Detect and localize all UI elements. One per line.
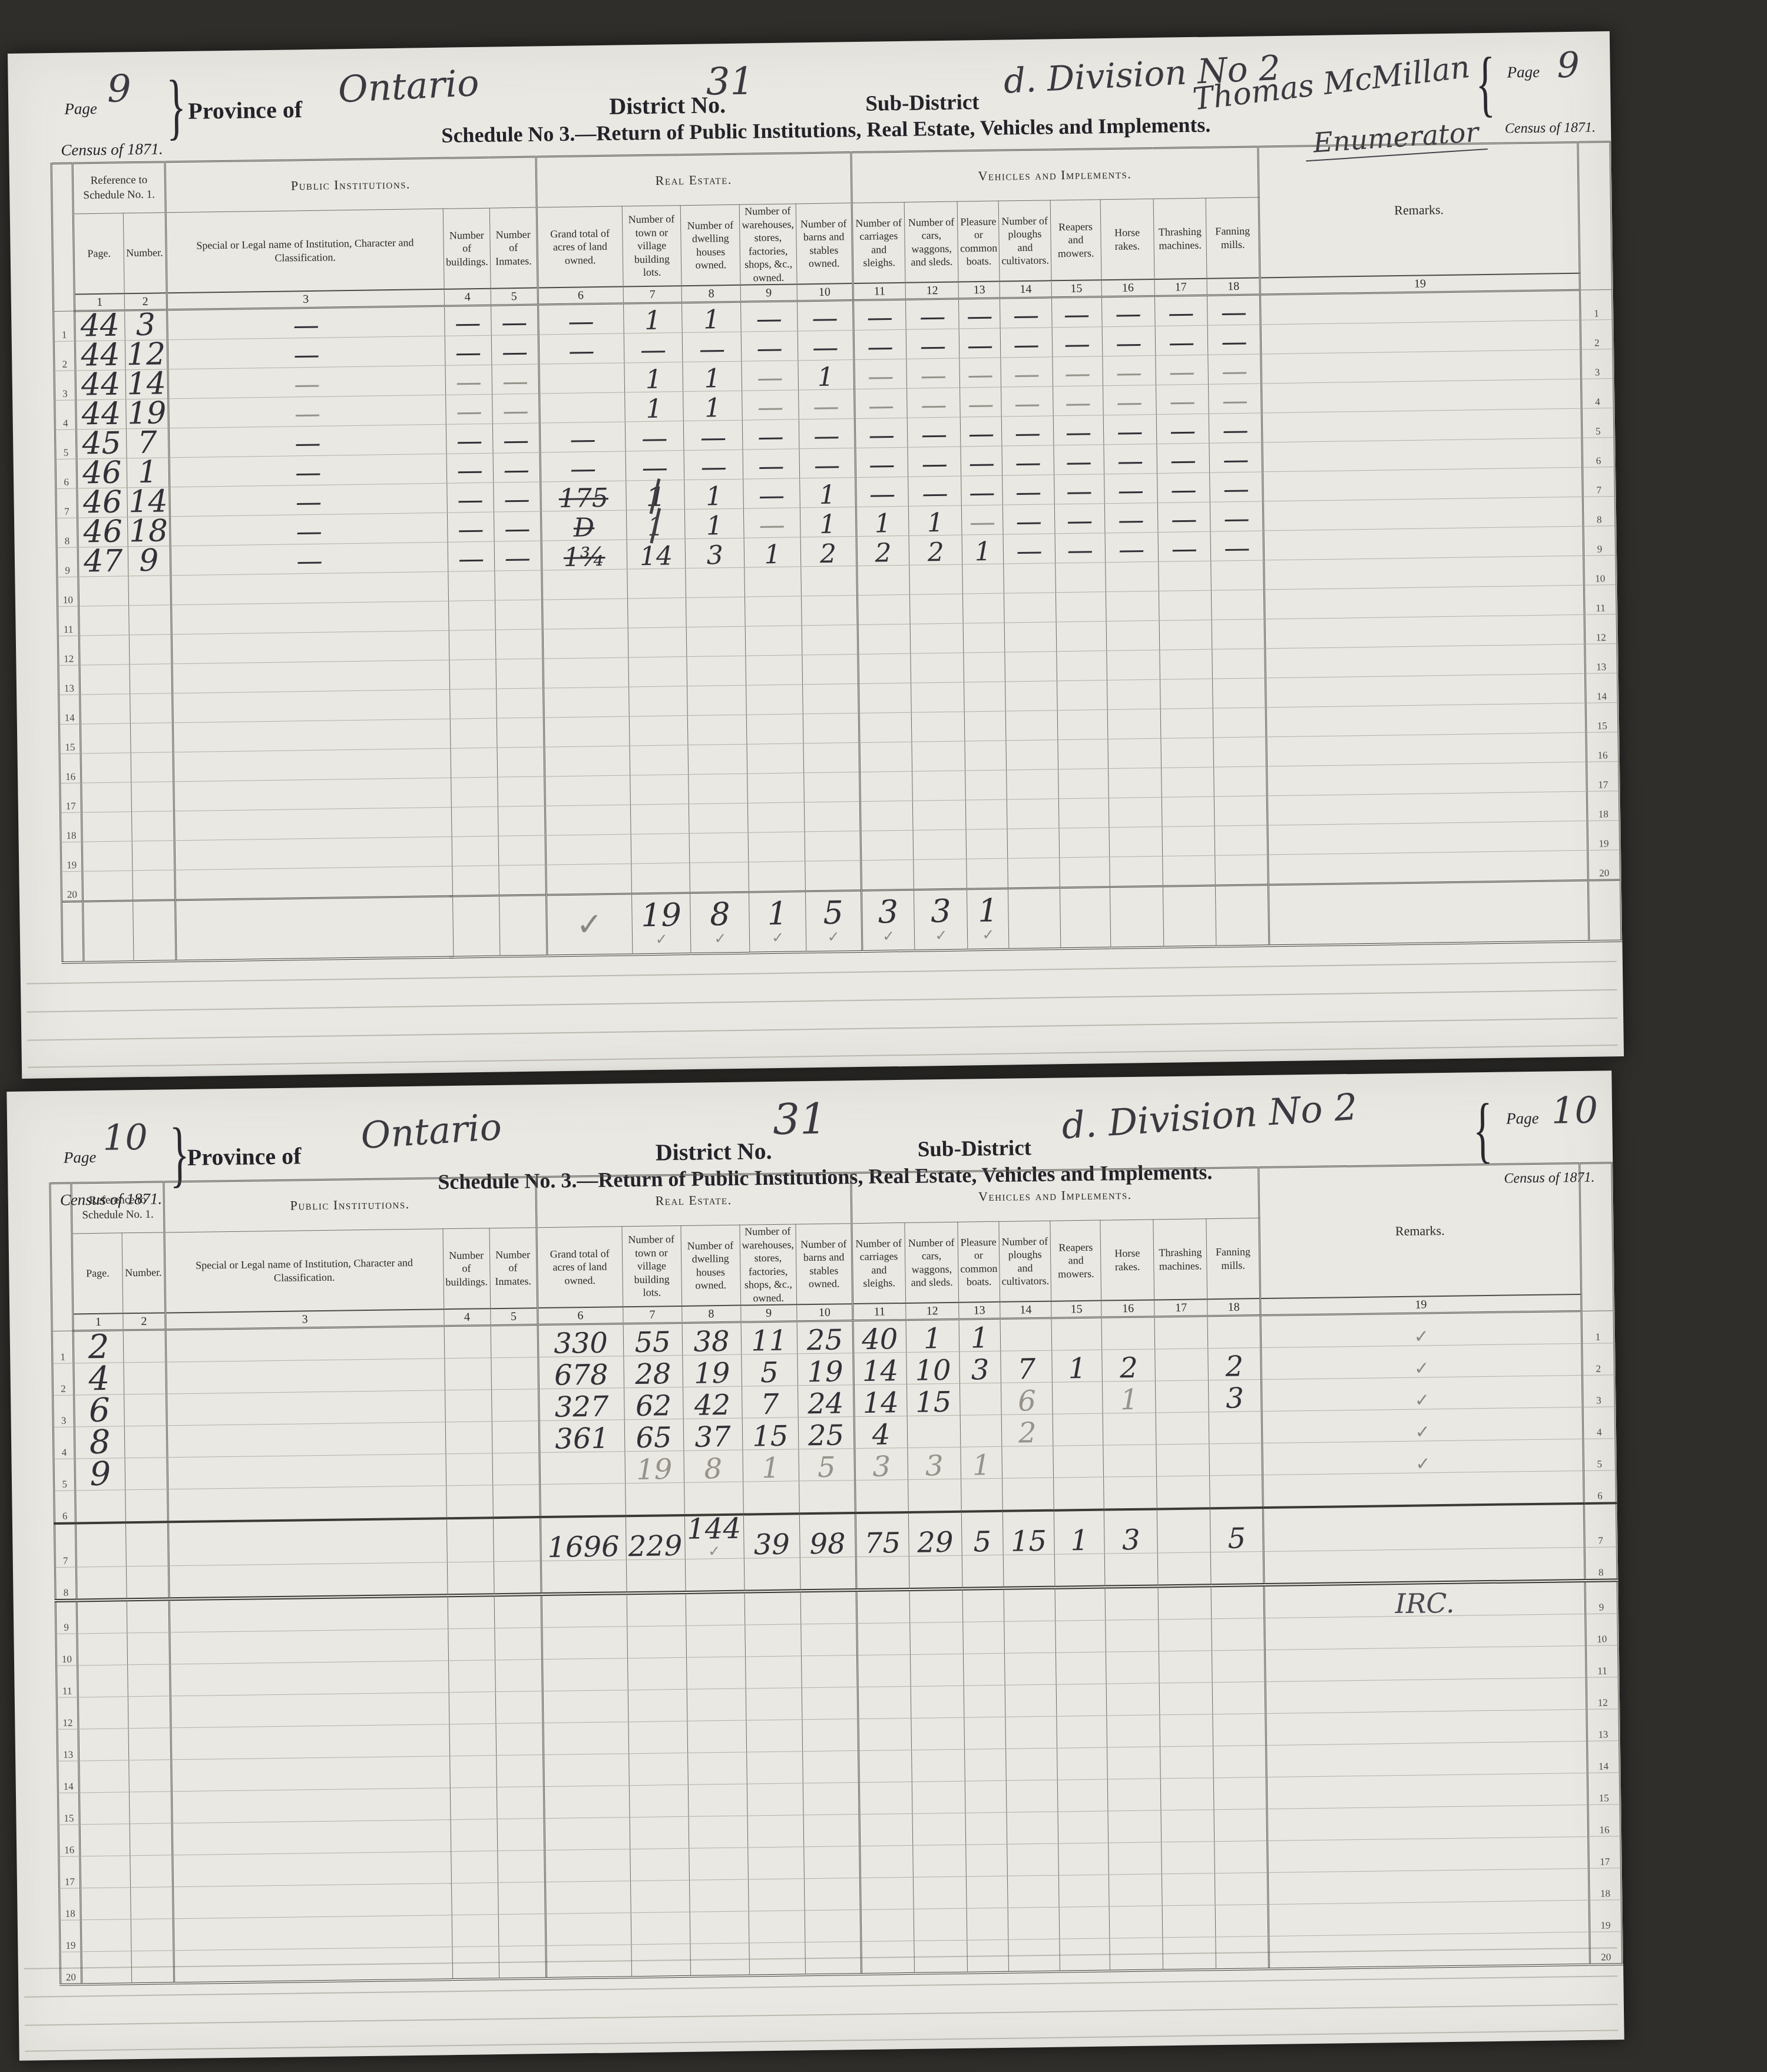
cell-r20-c16 bbox=[1109, 856, 1162, 887]
totals-cell-c13: 1✓ bbox=[967, 888, 1009, 950]
cell-r16-c9 bbox=[747, 743, 803, 774]
cell-r11-c19 bbox=[1265, 585, 1584, 619]
cell-r2-c19: ✓ bbox=[1261, 1343, 1582, 1379]
cell-r8-c11 bbox=[856, 1557, 909, 1591]
cell-r15-c11 bbox=[859, 1782, 912, 1815]
cell-r9-c17 bbox=[1158, 1585, 1212, 1620]
cell-r17-c6 bbox=[545, 775, 630, 806]
row-number-right: 7 bbox=[1583, 467, 1616, 497]
row-number-left: 8 bbox=[57, 518, 78, 547]
cell-r8-c8: 1 bbox=[685, 508, 744, 538]
cell-r14-c18 bbox=[1213, 678, 1266, 708]
cell-r9-c5: — bbox=[494, 541, 542, 571]
row-number-left: 14 bbox=[58, 1761, 80, 1793]
cell-r4-c14: — bbox=[1001, 386, 1053, 417]
cell-r12-c12 bbox=[911, 1686, 964, 1718]
cell-r8-c7: 1 bbox=[626, 510, 686, 540]
cell-r5-c15: — bbox=[1053, 415, 1104, 445]
cell-r6-c18: — bbox=[1209, 442, 1263, 472]
cell-r7-c13: — bbox=[961, 475, 1003, 505]
row-number-left: 12 bbox=[58, 636, 80, 665]
cell-r5-c7: — bbox=[625, 421, 684, 451]
cell-r18-c7 bbox=[630, 1881, 690, 1913]
column-header-10: Number of barns and stables owned. bbox=[796, 1224, 853, 1305]
column-header-16: Horse rakes. bbox=[1100, 199, 1154, 280]
cell-r9-c11: 2 bbox=[856, 536, 910, 566]
cell-r16-c6 bbox=[544, 1817, 630, 1850]
cell-r10-c17 bbox=[1158, 561, 1212, 591]
cell-r17-c8 bbox=[689, 774, 748, 804]
cell-r2-c18: — bbox=[1208, 325, 1262, 355]
cell-r4-c6 bbox=[539, 392, 624, 423]
cell-r11-c2 bbox=[128, 1664, 171, 1697]
cell-r12-c11 bbox=[858, 624, 911, 654]
cell-r16-c2 bbox=[130, 1823, 173, 1856]
cell-r18-c12 bbox=[913, 800, 967, 830]
cell-r9-c3 bbox=[169, 1595, 448, 1633]
cell-r6-c13: — bbox=[961, 446, 1002, 476]
cell-r15-c1 bbox=[80, 723, 131, 754]
cell-r13-c17 bbox=[1159, 649, 1213, 679]
cell-r18-c19 bbox=[1268, 791, 1587, 825]
cell-r3-c7: 1 bbox=[624, 362, 683, 392]
cell-r10-c15 bbox=[1055, 1620, 1106, 1653]
row-number-left: 20 bbox=[61, 871, 83, 901]
cell-r19-c15 bbox=[1059, 828, 1110, 858]
cell-r16-c5 bbox=[497, 1819, 545, 1851]
cell-r8-c18: — bbox=[1210, 501, 1264, 531]
cell-r2-c15: 1 bbox=[1052, 1350, 1103, 1382]
group-header-remarks: Remarks. bbox=[1258, 142, 1580, 277]
cell-r13-c1 bbox=[80, 665, 130, 695]
cell-r16-c8 bbox=[689, 1816, 748, 1848]
cell-r14-c16 bbox=[1107, 1747, 1161, 1779]
cell-r13-c19 bbox=[1265, 644, 1585, 678]
cell-r1-c14 bbox=[1000, 1318, 1052, 1351]
cell-r19-c14 bbox=[1008, 1907, 1060, 1939]
cell-r13-c15 bbox=[1057, 1716, 1107, 1748]
cell-r14-c13 bbox=[965, 1749, 1007, 1781]
cell-r4-c16 bbox=[1103, 1413, 1157, 1445]
cell-r5-c3: — bbox=[168, 424, 446, 458]
row-number-left: 19 bbox=[59, 1920, 81, 1952]
cell-r19-c1 bbox=[82, 841, 133, 871]
totals-cell-c1 bbox=[82, 901, 133, 963]
column-header-14: Number of ploughs and cultivators. bbox=[999, 1221, 1051, 1302]
column-number-10: 10 bbox=[797, 283, 853, 301]
column-header-1: Page. bbox=[72, 1233, 123, 1314]
cell-r2-c13: — bbox=[959, 328, 1001, 358]
group-header-vehicles-implements: Vehicles and Implements. bbox=[851, 147, 1259, 203]
cell-r16-c12 bbox=[912, 1813, 966, 1845]
cell-r8-c16 bbox=[1105, 1553, 1159, 1587]
cell-r5-c16 bbox=[1103, 1445, 1157, 1477]
cell-r6-c4 bbox=[446, 1485, 493, 1519]
brace-glyph: { bbox=[1475, 47, 1496, 121]
cell-r16-c4 bbox=[451, 1819, 498, 1852]
cell-r16-c13 bbox=[965, 1812, 1007, 1845]
cell-r15-c7 bbox=[629, 1785, 689, 1817]
cell-r5-c8: 8 bbox=[683, 1450, 743, 1482]
cell-r12-c13 bbox=[964, 1685, 1005, 1717]
cell-r4-c12 bbox=[907, 1415, 961, 1448]
cell-r19-c4 bbox=[452, 1915, 499, 1947]
cell-r9-c2: 9 bbox=[128, 546, 171, 576]
cell-r7-c14: 15 bbox=[1002, 1511, 1054, 1555]
district-no-label: District No. bbox=[655, 1137, 772, 1166]
cell-r19-c16 bbox=[1109, 827, 1162, 857]
cell-r15-c14 bbox=[1006, 711, 1058, 741]
cell-r1-c18: — bbox=[1207, 295, 1261, 325]
cell-r1-c19 bbox=[1260, 290, 1580, 325]
cell-r1-c12: — bbox=[906, 299, 959, 329]
cell-r6-c10: — bbox=[799, 448, 856, 478]
cell-r13-c19 bbox=[1266, 1710, 1587, 1746]
cell-r9-c13 bbox=[962, 1588, 1004, 1622]
cell-r3-c5: — bbox=[492, 364, 540, 394]
cell-r3-c15: — bbox=[1053, 356, 1103, 386]
cell-r15-c2 bbox=[129, 1792, 172, 1824]
cell-r6-c2 bbox=[125, 1489, 168, 1522]
cell-r15-c13 bbox=[965, 711, 1007, 741]
cell-r20-c8 bbox=[690, 1943, 749, 1977]
cell-r4-c1: 8 bbox=[74, 1426, 125, 1459]
row-number-right: 15 bbox=[1586, 703, 1619, 733]
cell-r15-c15 bbox=[1058, 1779, 1108, 1812]
cell-r10-c13 bbox=[963, 1621, 1005, 1654]
cell-r2-c5: — bbox=[491, 335, 539, 365]
cell-r13-c3 bbox=[172, 660, 450, 693]
row-number-left: 15 bbox=[58, 1793, 80, 1825]
cell-r12-c3 bbox=[170, 1693, 449, 1728]
cell-r6-c7: — bbox=[626, 451, 685, 481]
cell-r1-c7: 55 bbox=[623, 1323, 683, 1356]
cell-r3-c4: — bbox=[445, 365, 492, 395]
cell-r17-c2 bbox=[131, 782, 174, 812]
cell-r9-c12 bbox=[909, 1589, 963, 1623]
cell-r6-c13 bbox=[961, 1478, 1003, 1511]
cell-r19-c6 bbox=[545, 834, 631, 865]
cell-r13-c18 bbox=[1212, 649, 1266, 679]
column-number-4: 4 bbox=[444, 1308, 490, 1326]
cell-r13-c9 bbox=[746, 655, 802, 685]
cell-r18-c6 bbox=[545, 805, 630, 835]
cell-r14-c7 bbox=[628, 686, 688, 716]
row-number-right: 19 bbox=[1587, 820, 1620, 850]
cell-r2-c17: — bbox=[1155, 325, 1209, 355]
cell-r14-c17 bbox=[1160, 679, 1213, 709]
cell-r20-c17 bbox=[1163, 1937, 1216, 1971]
cell-r5-c3 bbox=[167, 1454, 446, 1489]
cell-r12-c2 bbox=[129, 635, 172, 665]
cell-r9-c8: 3 bbox=[685, 538, 744, 568]
cell-r9-c18: — bbox=[1210, 531, 1264, 561]
row-number-right: 1 bbox=[1581, 1311, 1614, 1344]
row-number-right: 19 bbox=[1589, 1900, 1622, 1932]
cell-r15-c19 bbox=[1267, 1773, 1588, 1809]
cell-r1-c17 bbox=[1154, 1316, 1208, 1349]
cell-r5-c18: — bbox=[1209, 413, 1263, 443]
cell-r3-c4 bbox=[445, 1390, 492, 1422]
cell-r12-c7 bbox=[628, 1690, 687, 1722]
cell-r8-c13 bbox=[962, 1555, 1004, 1588]
cell-r9-c14: — bbox=[1003, 534, 1055, 564]
cell-r5-c8: — bbox=[684, 420, 743, 450]
totals-cell-c4 bbox=[452, 895, 499, 957]
cell-r4-c18: — bbox=[1209, 384, 1262, 414]
cell-r8-c14: — bbox=[1003, 504, 1055, 534]
cell-r2-c8: 19 bbox=[682, 1354, 742, 1387]
cell-r14-c9 bbox=[746, 1752, 803, 1784]
cell-r7-c5 bbox=[493, 1517, 541, 1562]
cell-r18-c15 bbox=[1059, 1875, 1110, 1907]
cell-r19-c14 bbox=[1007, 828, 1059, 858]
cell-r2-c4 bbox=[444, 1358, 491, 1390]
cell-r13-c16 bbox=[1107, 650, 1160, 680]
cell-r5-c12: — bbox=[908, 417, 961, 447]
cell-r9-c8 bbox=[686, 1592, 745, 1626]
cell-r4-c13: — bbox=[960, 387, 1002, 417]
cell-r3-c14: — bbox=[1001, 357, 1053, 387]
cell-r5-c17 bbox=[1156, 1444, 1210, 1476]
cell-r3-c2 bbox=[124, 1394, 167, 1426]
cell-r10-c12 bbox=[910, 1622, 964, 1654]
cell-r8-c17 bbox=[1158, 1552, 1212, 1587]
cell-r17-c11 bbox=[859, 771, 913, 801]
cell-r11-c10 bbox=[801, 1655, 858, 1688]
row-number-left: 16 bbox=[58, 1825, 80, 1856]
cell-r19-c8 bbox=[689, 832, 749, 862]
cell-r20-c12 bbox=[914, 859, 967, 890]
cell-r8-c4: — bbox=[447, 512, 494, 542]
cell-r17-c10 bbox=[804, 1846, 861, 1879]
column-header-3: Special or Legal name of Institution, Ch… bbox=[166, 209, 444, 293]
cell-r9-c5 bbox=[494, 1594, 542, 1628]
cell-r1-c4: — bbox=[444, 305, 491, 336]
cell-r3-c12: — bbox=[906, 358, 960, 388]
cell-r11-c1 bbox=[78, 606, 129, 636]
cell-r17-c8 bbox=[689, 1848, 748, 1880]
cell-r16-c7 bbox=[630, 745, 689, 775]
cell-r1-c11: — bbox=[853, 299, 906, 330]
cell-r2-c9: 5 bbox=[741, 1354, 798, 1386]
cell-r1-c3 bbox=[166, 1326, 444, 1362]
cell-r3-c16: 1 bbox=[1103, 1381, 1156, 1413]
cell-r19-c5 bbox=[498, 1914, 546, 1947]
cell-r6-c19 bbox=[1262, 438, 1582, 472]
cell-r20-c18 bbox=[1215, 855, 1269, 885]
cell-r18-c8 bbox=[689, 1879, 749, 1912]
cell-r9-c10: 2 bbox=[800, 537, 857, 567]
cell-r14-c11 bbox=[859, 1750, 912, 1783]
cell-r2-c9: — bbox=[741, 331, 798, 361]
row-number-left: 10 bbox=[56, 1634, 78, 1665]
cell-r5-c2 bbox=[125, 1458, 168, 1490]
cell-r9-c6: 1¾ bbox=[541, 540, 627, 570]
cell-r10-c7 bbox=[627, 1626, 686, 1658]
cell-r20-c17 bbox=[1162, 855, 1216, 886]
cell-r12-c9 bbox=[746, 1688, 802, 1720]
row-number-gutter-header bbox=[50, 1183, 73, 1331]
cell-r20-c7 bbox=[631, 1944, 690, 1978]
cell-r18-c18 bbox=[1215, 796, 1268, 826]
cell-r5-c7: 19 bbox=[624, 1450, 684, 1483]
cell-r10-c19 bbox=[1264, 556, 1584, 590]
page-label: Page bbox=[64, 1148, 97, 1167]
cell-r15-c6 bbox=[544, 716, 629, 747]
column-header-11: Number of carriages and sleighs. bbox=[852, 1222, 906, 1304]
cell-r2-c16: — bbox=[1102, 326, 1155, 356]
cell-r12-c2 bbox=[128, 1696, 171, 1729]
cell-r11-c5 bbox=[495, 600, 542, 630]
cell-r18-c10 bbox=[804, 801, 861, 831]
row-number-right: 2 bbox=[1580, 320, 1613, 350]
cell-r1-c16 bbox=[1101, 1317, 1155, 1350]
cell-r13-c6 bbox=[543, 657, 628, 688]
row-number-right: 6 bbox=[1582, 438, 1615, 468]
cell-r20-c3 bbox=[174, 1947, 452, 1984]
cell-r8-c17: — bbox=[1157, 502, 1211, 532]
cell-r5-c1: 45 bbox=[76, 429, 127, 459]
cell-r10-c16 bbox=[1106, 1620, 1159, 1652]
cell-r11-c9 bbox=[745, 1656, 802, 1688]
cell-r9-c9 bbox=[744, 1591, 801, 1625]
cell-r11-c7 bbox=[627, 1658, 687, 1690]
cell-r8-c2 bbox=[126, 1566, 169, 1600]
row-number-left: 18 bbox=[60, 812, 82, 842]
cell-r20-c15 bbox=[1060, 857, 1110, 888]
cell-r14-c11 bbox=[858, 683, 912, 713]
cell-r3-c9: 7 bbox=[742, 1386, 798, 1418]
row-number-right: 10 bbox=[1584, 556, 1617, 586]
cell-r15-c10 bbox=[803, 713, 859, 743]
cell-r3-c15 bbox=[1053, 1382, 1103, 1414]
cell-r16-c11 bbox=[859, 1814, 913, 1846]
cell-r16-c18 bbox=[1213, 737, 1267, 767]
cell-r7-c13: 5 bbox=[961, 1511, 1003, 1556]
row-number-right: 4 bbox=[1581, 379, 1614, 409]
cell-r8-c7 bbox=[626, 1559, 686, 1594]
cell-r3-c12: 15 bbox=[906, 1383, 960, 1416]
cell-r14-c15 bbox=[1057, 680, 1107, 711]
page-number-value: 10 bbox=[102, 1117, 148, 1159]
cell-r4-c9: 15 bbox=[742, 1417, 799, 1450]
row-number-left: 13 bbox=[58, 665, 80, 695]
cell-r10-c6 bbox=[542, 569, 627, 600]
cell-r3-c13 bbox=[959, 1383, 1001, 1415]
row-number-right: 17 bbox=[1587, 761, 1620, 791]
row-number-left: 12 bbox=[57, 1697, 78, 1729]
cell-r11-c1 bbox=[78, 1665, 128, 1697]
cell-r3-c6 bbox=[539, 363, 624, 394]
cell-r13-c4 bbox=[449, 1724, 497, 1756]
cell-r5-c6 bbox=[540, 1452, 626, 1485]
cell-r19-c7 bbox=[631, 834, 690, 864]
cell-r13-c13 bbox=[964, 1717, 1006, 1749]
cell-r14-c6 bbox=[543, 1754, 629, 1787]
cell-r2-c7: — bbox=[624, 333, 683, 363]
cell-r18-c13 bbox=[966, 1876, 1008, 1908]
row-number-right: 12 bbox=[1584, 614, 1617, 645]
cell-r4-c3: — bbox=[168, 395, 446, 428]
cell-r13-c4 bbox=[449, 659, 497, 689]
cell-r3-c1: 44 bbox=[75, 370, 126, 400]
cell-r19-c7 bbox=[631, 1912, 690, 1945]
column-header-2: Number. bbox=[122, 1232, 166, 1313]
cell-r2-c16: 2 bbox=[1102, 1349, 1156, 1382]
cell-r12-c17 bbox=[1159, 620, 1213, 650]
cell-r17-c1 bbox=[81, 782, 132, 812]
cell-r5-c10: 5 bbox=[799, 1449, 855, 1481]
cell-r16-c1 bbox=[80, 1824, 130, 1856]
cell-r18-c8 bbox=[689, 803, 749, 833]
cell-r13-c9 bbox=[746, 1720, 802, 1752]
cell-r4-c10: — bbox=[798, 389, 855, 419]
column-header-12: Number of cars, waggons, and sleds. bbox=[905, 201, 959, 283]
cell-r10-c18 bbox=[1211, 560, 1265, 590]
cell-r2-c10: — bbox=[798, 331, 854, 361]
cell-r15-c4 bbox=[450, 1787, 497, 1820]
group-header-reference: Reference to Schedule No. 1. bbox=[72, 162, 166, 214]
cell-r4-c3 bbox=[167, 1422, 445, 1458]
row-number-right bbox=[1588, 880, 1621, 941]
cell-r8-c9: — bbox=[744, 508, 800, 538]
cell-r9-c1: 47 bbox=[78, 547, 128, 577]
column-header-1: Page. bbox=[73, 213, 124, 295]
cell-r17-c12 bbox=[913, 1845, 967, 1877]
cell-r16-c12 bbox=[912, 741, 965, 771]
cell-r1-c15: — bbox=[1051, 297, 1102, 328]
cell-r8-c13: — bbox=[962, 505, 1004, 535]
cell-r8-c10: 1 bbox=[800, 507, 856, 537]
cell-r18-c14 bbox=[1007, 799, 1059, 829]
cell-r17-c17 bbox=[1161, 767, 1215, 797]
cell-r8-c9 bbox=[744, 1558, 800, 1592]
cell-r17-c10 bbox=[803, 772, 860, 802]
cell-r15-c9 bbox=[747, 714, 803, 744]
cell-r16-c16 bbox=[1108, 738, 1161, 768]
cell-r1-c8: 38 bbox=[682, 1322, 742, 1355]
cell-r9-c3: — bbox=[170, 542, 448, 576]
cell-r19-c15 bbox=[1059, 1906, 1110, 1939]
cell-r1-c5: — bbox=[491, 305, 538, 335]
cell-r11-c8 bbox=[686, 597, 746, 627]
column-number-16: 16 bbox=[1101, 1300, 1154, 1317]
cell-r11-c9 bbox=[745, 596, 802, 626]
column-header-14: Number of ploughs and cultivators. bbox=[998, 200, 1051, 282]
cell-r5-c14: — bbox=[1002, 416, 1054, 446]
cell-r2-c5 bbox=[491, 1357, 538, 1390]
cell-r17-c18 bbox=[1215, 1841, 1268, 1873]
column-number-11: 11 bbox=[853, 283, 906, 300]
row-number-right: 3 bbox=[1582, 1375, 1615, 1407]
cell-r10-c12 bbox=[909, 564, 963, 594]
page-label-right: Page bbox=[1507, 63, 1540, 82]
column-number-18: 18 bbox=[1207, 277, 1260, 295]
cell-r14-c14 bbox=[1005, 681, 1057, 711]
cell-r7-c8: 144✓ bbox=[684, 1515, 744, 1559]
cell-r2-c11: 14 bbox=[853, 1352, 907, 1384]
row-number-left: 11 bbox=[58, 606, 80, 636]
cell-r13-c7 bbox=[628, 657, 687, 687]
cell-r6-c16 bbox=[1104, 1476, 1157, 1510]
cell-r5-c13: — bbox=[961, 417, 1002, 447]
cell-r4-c12: — bbox=[907, 388, 961, 418]
cell-r10-c2 bbox=[128, 576, 171, 606]
ruled-line bbox=[28, 1045, 1618, 1068]
cell-r10-c14 bbox=[1004, 563, 1055, 593]
cell-r11-c17 bbox=[1159, 590, 1212, 620]
